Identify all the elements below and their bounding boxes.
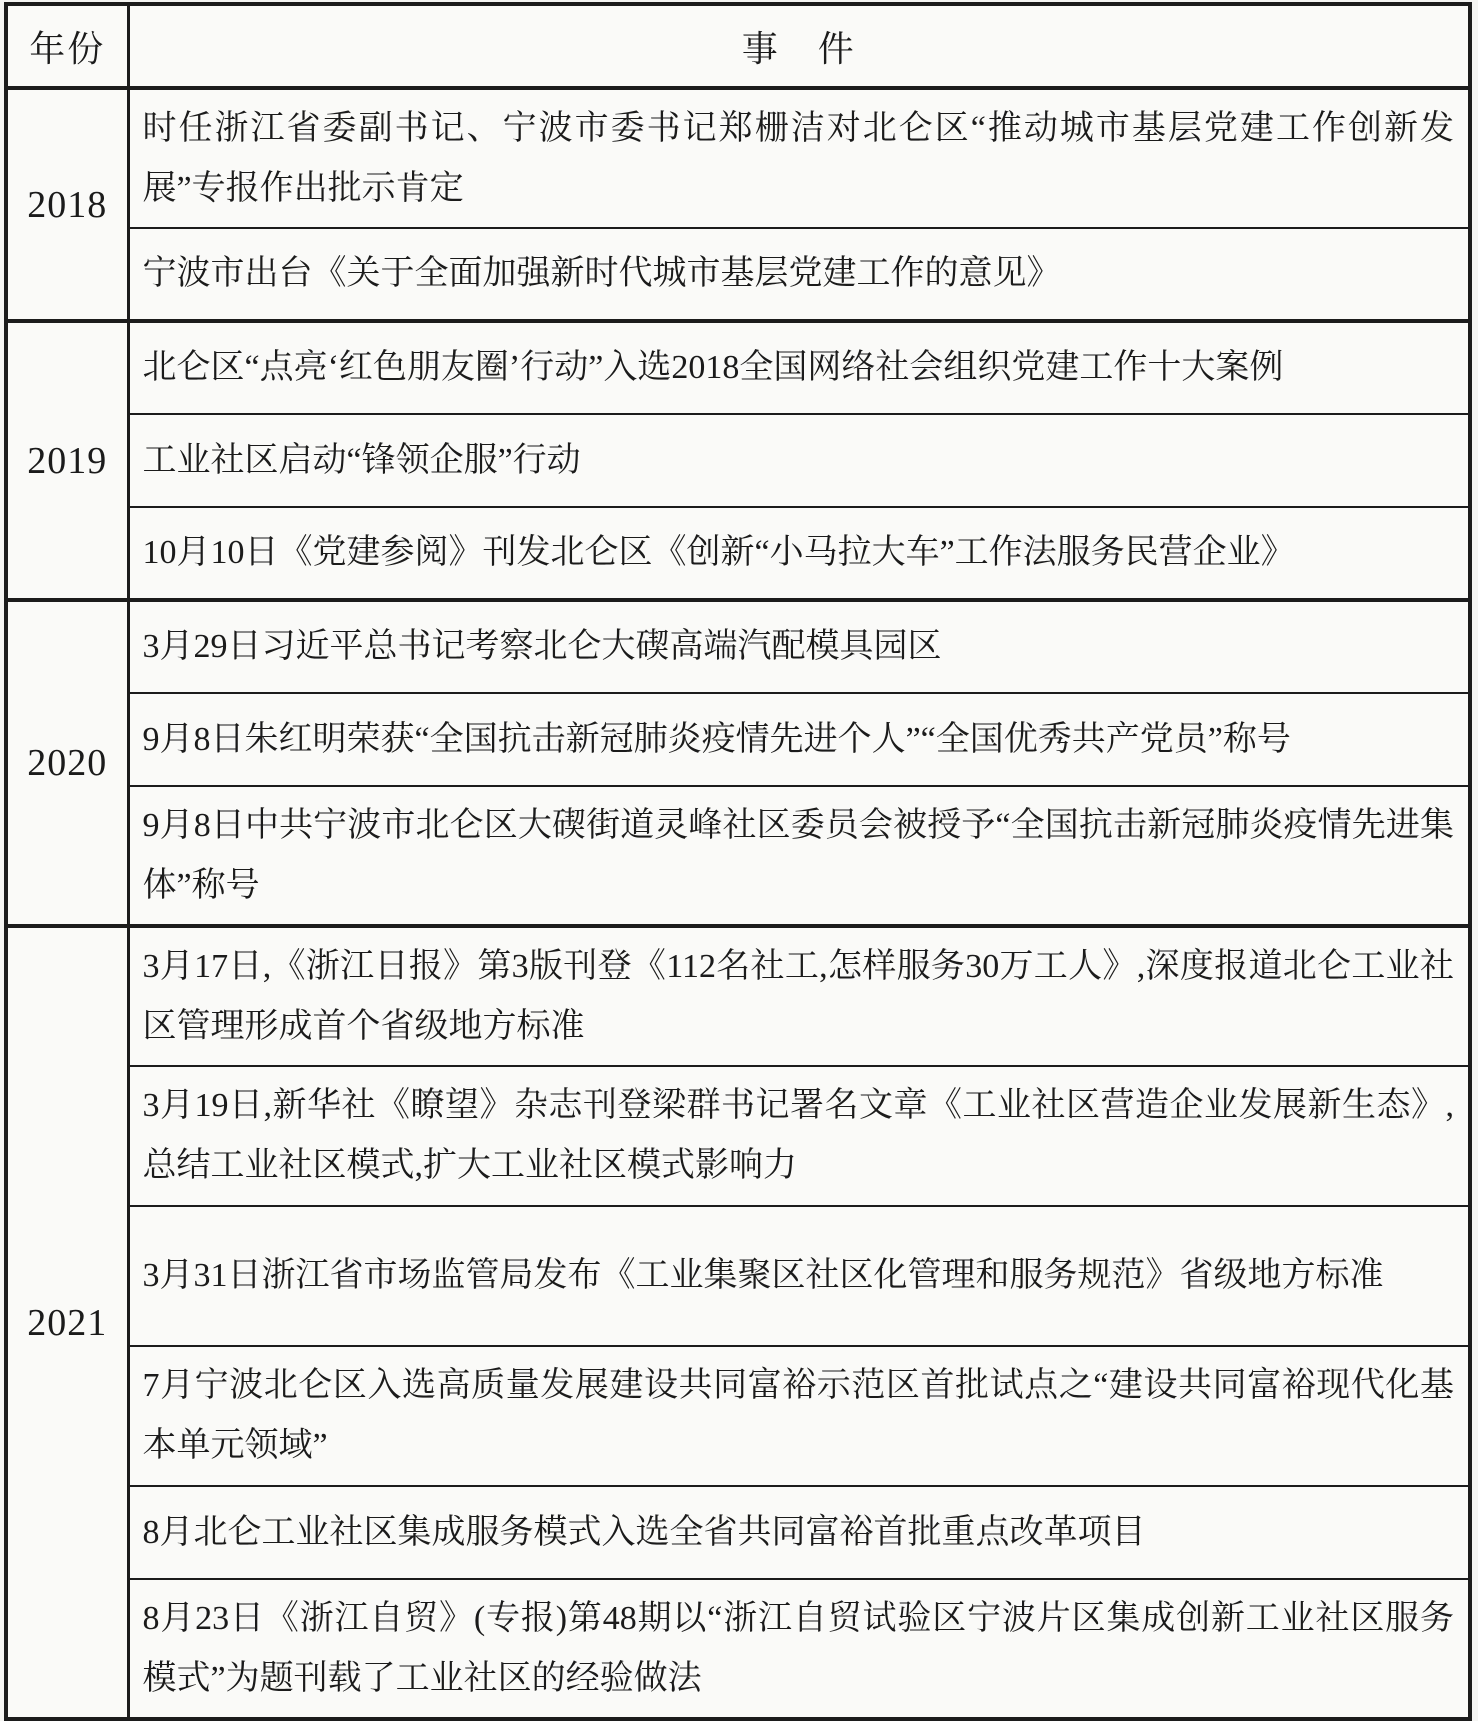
- event-cell: 3月29日习近平总书记考察北仑大碶高端汽配模具园区: [128, 600, 1470, 693]
- table-row: 7月宁波北仑区入选高质量发展建设共同富裕示范区首批试点之“建设共同富裕现代化基本…: [6, 1346, 1470, 1486]
- table-row: 2019 北仑区“点亮‘红色朋友圈’行动”入选2018全国网络社会组织党建工作十…: [6, 321, 1470, 414]
- year-column-header: 年份: [6, 4, 128, 88]
- event-cell: 工业社区启动“锋领企服”行动: [128, 414, 1470, 507]
- event-cell: 8月北仑工业社区集成服务模式入选全省共同富裕首批重点改革项目: [128, 1486, 1470, 1579]
- event-cell: 3月17日,《浙江日报》第3版刊登《112名社工,怎样服务30万工人》,深度报道…: [128, 926, 1470, 1066]
- event-cell: 时任浙江省委副书记、宁波市委书记郑栅洁对北仑区“推动城市基层党建工作创新发展”专…: [128, 88, 1470, 228]
- event-cell: 9月8日朱红明荣获“全国抗击新冠肺炎疫情先进个人”“全国优秀共产党员”称号: [128, 693, 1470, 786]
- event-column-header: 事 件: [128, 4, 1470, 88]
- table-header-row: 年份 事 件: [6, 4, 1470, 88]
- table-row: 2021 3月17日,《浙江日报》第3版刊登《112名社工,怎样服务30万工人》…: [6, 926, 1470, 1066]
- table-row: 2020 3月29日习近平总书记考察北仑大碶高端汽配模具园区: [6, 600, 1470, 693]
- event-cell: 3月31日浙江省市场监管局发布《工业集聚区社区化管理和服务规范》省级地方标准: [128, 1206, 1470, 1346]
- table-row: 3月19日,新华社《瞭望》杂志刊登梁群书记署名文章《工业社区营造企业发展新生态》…: [6, 1066, 1470, 1206]
- table-row: 3月31日浙江省市场监管局发布《工业集聚区社区化管理和服务规范》省级地方标准: [6, 1206, 1470, 1346]
- table-row: 宁波市出台《关于全面加强新时代城市基层党建工作的意见》: [6, 228, 1470, 321]
- year-cell-2018: 2018: [6, 88, 128, 321]
- table-row: 8月23日《浙江自贸》(专报)第48期以“浙江自贸试验区宁波片区集成创新工业社区…: [6, 1579, 1470, 1719]
- scanned-page: { "page": { "background": "#f5f5f3", "bo…: [0, 0, 1478, 1715]
- table-row: 8月北仑工业社区集成服务模式入选全省共同富裕首批重点改革项目: [6, 1486, 1470, 1579]
- event-cell: 10月10日《党建参阅》刊发北仑区《创新“小马拉大车”工作法服务民营企业》: [128, 507, 1470, 600]
- table-row: 工业社区启动“锋领企服”行动: [6, 414, 1470, 507]
- event-cell: 宁波市出台《关于全面加强新时代城市基层党建工作的意见》: [128, 228, 1470, 321]
- year-cell-2019: 2019: [6, 321, 128, 600]
- event-cell: 7月宁波北仑区入选高质量发展建设共同富裕示范区首批试点之“建设共同富裕现代化基本…: [128, 1346, 1470, 1486]
- table-row: 9月8日中共宁波市北仑区大碶街道灵峰社区委员会被授予“全国抗击新冠肺炎疫情先进集…: [6, 786, 1470, 926]
- timeline-table-container: 年份 事 件 2018 时任浙江省委副书记、宁波市委书记郑栅洁对北仑区“推动城市…: [4, 2, 1472, 1721]
- year-cell-2021: 2021: [6, 926, 128, 1719]
- event-cell: 9月8日中共宁波市北仑区大碶街道灵峰社区委员会被授予“全国抗击新冠肺炎疫情先进集…: [128, 786, 1470, 926]
- year-cell-2020: 2020: [6, 600, 128, 926]
- event-cell: 8月23日《浙江自贸》(专报)第48期以“浙江自贸试验区宁波片区集成创新工业社区…: [128, 1579, 1470, 1719]
- timeline-table: 年份 事 件 2018 时任浙江省委副书记、宁波市委书记郑栅洁对北仑区“推动城市…: [4, 2, 1472, 1721]
- table-row: 10月10日《党建参阅》刊发北仑区《创新“小马拉大车”工作法服务民营企业》: [6, 507, 1470, 600]
- table-row: 9月8日朱红明荣获“全国抗击新冠肺炎疫情先进个人”“全国优秀共产党员”称号: [6, 693, 1470, 786]
- event-cell: 3月19日,新华社《瞭望》杂志刊登梁群书记署名文章《工业社区营造企业发展新生态》…: [128, 1066, 1470, 1206]
- event-cell: 北仑区“点亮‘红色朋友圈’行动”入选2018全国网络社会组织党建工作十大案例: [128, 321, 1470, 414]
- table-row: 2018 时任浙江省委副书记、宁波市委书记郑栅洁对北仑区“推动城市基层党建工作创…: [6, 88, 1470, 228]
